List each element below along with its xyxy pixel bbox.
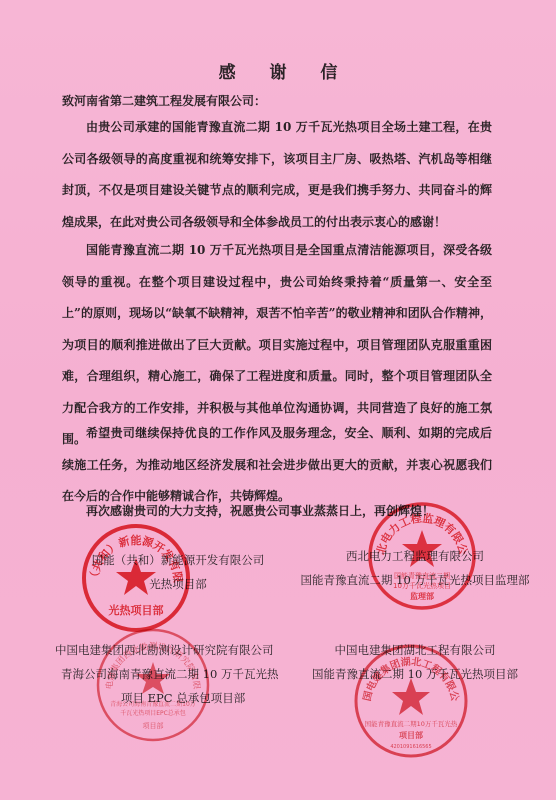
signatory-2-dept: 国能青豫直流二期 10 万千瓦光热项目监理部 bbox=[300, 568, 530, 592]
paragraph-1: 由贵公司承建的国能青豫直流二期 10 万千瓦光热项目全场土建工程，在贵公司各级领… bbox=[62, 112, 492, 238]
salutation: 致河南省第二建筑工程发展有限公司： bbox=[62, 92, 266, 109]
svg-text:项目部: 项目部 bbox=[399, 730, 423, 740]
signatory-4-dept: 国能青豫直流二期 10 万千瓦光热项目部 bbox=[300, 662, 530, 686]
svg-text:4201091616565: 4201091616565 bbox=[390, 744, 431, 750]
signatory-2: 西北电力工程监理有限公司 国能青豫直流二期 10 万千瓦光热项目监理部 bbox=[300, 544, 530, 592]
svg-text:项目部: 项目部 bbox=[143, 721, 164, 730]
letter-page: 感 谢 信 致河南省第二建筑工程发展有限公司： 由贵公司承建的国能青豫直流二期 … bbox=[0, 0, 556, 800]
letter-title: 感 谢 信 bbox=[0, 58, 556, 83]
paragraph-4: 再次感谢贵司的大力支持，祝愿贵公司事业蒸蒸日上，再创辉煌！ bbox=[62, 496, 492, 528]
svg-text:光热项目部: 光热项目部 bbox=[109, 603, 164, 617]
signatory-3-dept-2: 项目 EPC 总承包项目部 bbox=[55, 686, 275, 710]
svg-text:监理部: 监理部 bbox=[410, 591, 434, 601]
signatory-3-company: 中国电建集团西北勘测设计研究院有限公司 bbox=[55, 638, 275, 662]
signatory-3: 中国电建集团西北勘测设计研究院有限公司 青海公司海南青豫直流二期 10 万千瓦光… bbox=[55, 638, 275, 710]
signatory-2-company: 西北电力工程监理有限公司 bbox=[300, 544, 530, 568]
svg-text:国能青豫直流二期10万千瓦光热: 国能青豫直流二期10万千瓦光热 bbox=[365, 719, 458, 728]
signatory-1-company: 国能（共和）新能源开发有限公司 bbox=[78, 548, 278, 572]
svg-text:千瓦光热项目EPC总承包: 千瓦光热项目EPC总承包 bbox=[120, 709, 186, 717]
signatory-1-dept: 光热项目部 bbox=[78, 572, 278, 596]
signatory-1: 国能（共和）新能源开发有限公司 光热项目部 bbox=[78, 548, 278, 596]
signatory-3-dept-1: 青海公司海南青豫直流二期 10 万千瓦光热 bbox=[55, 662, 275, 686]
signatory-4: 中国电建集团湖北工程有限公司 国能青豫直流二期 10 万千瓦光热项目部 bbox=[300, 638, 530, 686]
signatory-4-company: 中国电建集团湖北工程有限公司 bbox=[300, 638, 530, 662]
